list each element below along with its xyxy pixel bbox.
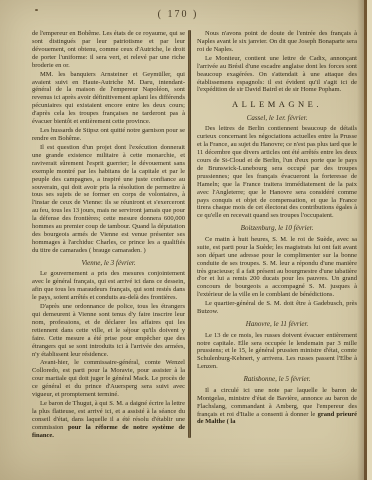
news-paragraph: Ce matin à huit heures, S. M. le roi de … — [197, 236, 357, 299]
bold-text: pour la réforme de notre système de fina… — [32, 424, 185, 439]
news-paragraph: Il a circulé ici une note par laquelle l… — [197, 387, 357, 427]
news-paragraph: MM. les banquiers Arnsteiner et Geymülle… — [32, 71, 185, 126]
dateline-heading: Vienne, le 3 février. — [32, 259, 185, 268]
news-paragraph: Le baron de Thugut, à qui S. M. a daigné… — [32, 400, 185, 440]
dateline-heading: Hanovre, le 11 février. — [197, 320, 357, 329]
news-paragraph: Il est question d'un projet dont l'exécu… — [32, 144, 185, 255]
news-paragraph: Les hussards de Stipsz ont quitté notre … — [32, 127, 185, 143]
news-paragraph: D'après une ordonnance de police, tous l… — [32, 303, 185, 358]
column-divider — [188, 30, 191, 438]
dateline-heading: Boitzenburg, le 10 février. — [197, 224, 357, 233]
news-paragraph: de l'empereur en Bohême. Les états de ce… — [32, 30, 185, 70]
section-heading: ALLEMAGNE. — [197, 99, 357, 109]
newspaper-page: ( 170 ) de l'empereur en Bohême. Les éta… — [0, 0, 372, 480]
news-paragraph: Le Moniteur, contient une lettre de Cadi… — [197, 55, 357, 95]
dateline-heading: Cassel, le 1er. février. — [197, 114, 357, 123]
news-paragraph: Le gouvernement a pris des mesures conjo… — [32, 270, 185, 302]
dateline-heading: Ratisbonne, le 5 février. — [197, 375, 357, 384]
page-number: ( 170 ) — [0, 9, 356, 20]
news-paragraph: Le 13 de ce mois, les russes doivent éva… — [197, 332, 357, 372]
news-paragraph: Le quartier-général de S. M. doit être à… — [197, 300, 357, 316]
page-edge-strip — [367, 0, 372, 480]
bold-text: grand prieuré de Malthe ( la — [197, 411, 357, 426]
page-edge-shadow — [357, 0, 364, 480]
news-paragraph: Avant-hier, le commissaire-général, comt… — [32, 359, 185, 399]
left-column: de l'empereur en Bohême. Les états de ce… — [32, 30, 185, 441]
news-paragraph: Des lettres de Berlin contiennent beauco… — [197, 125, 357, 220]
right-column: Nous n'avons point de doute de l'entrée … — [197, 30, 357, 427]
column-layout: de l'empereur en Bohême. Les états de ce… — [32, 30, 360, 441]
news-paragraph: Nous n'avons point de doute de l'entrée … — [197, 30, 357, 54]
